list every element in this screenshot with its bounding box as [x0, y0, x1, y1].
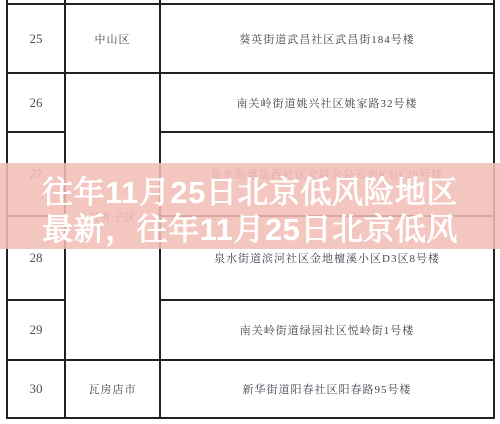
- address-cell: 葵英街道武昌社区武昌街184号楼: [160, 4, 494, 73]
- headline-line-1: 往年11月25日北京低风险地区: [0, 174, 500, 211]
- address-cell: 南关岭街道姚兴社区姚家路32号楼: [160, 73, 494, 132]
- row-number: 26: [7, 73, 65, 132]
- address-cell: 南关岭街道绿园社区悦岭街1号楼: [160, 300, 494, 360]
- row-number: 30: [7, 360, 65, 418]
- district-cell: 中山区: [65, 4, 160, 73]
- row-number: 25: [7, 4, 65, 73]
- screenshot-stage: 25 中山区 葵英街道武昌社区武昌街184号楼 26 甘井子区 南关岭街道姚兴社…: [0, 0, 500, 424]
- table-row: 26 甘井子区 南关岭街道姚兴社区姚家路32号楼: [7, 73, 494, 132]
- table-row: 30 瓦房店市 新华街道阳春社区阳春路95号楼: [7, 360, 494, 418]
- headline-overlay: 往年11月25日北京低风险地区 最新，往年11月25日北京低风: [0, 163, 500, 249]
- row-number: 29: [7, 300, 65, 360]
- address-cell: 新华街道阳春社区阳春路95号楼: [160, 360, 494, 418]
- table-row: 25 中山区 葵英街道武昌社区武昌街184号楼: [7, 4, 494, 73]
- district-cell: 瓦房店市: [65, 360, 160, 418]
- headline-line-2: 最新，往年11月25日北京低风: [0, 211, 500, 248]
